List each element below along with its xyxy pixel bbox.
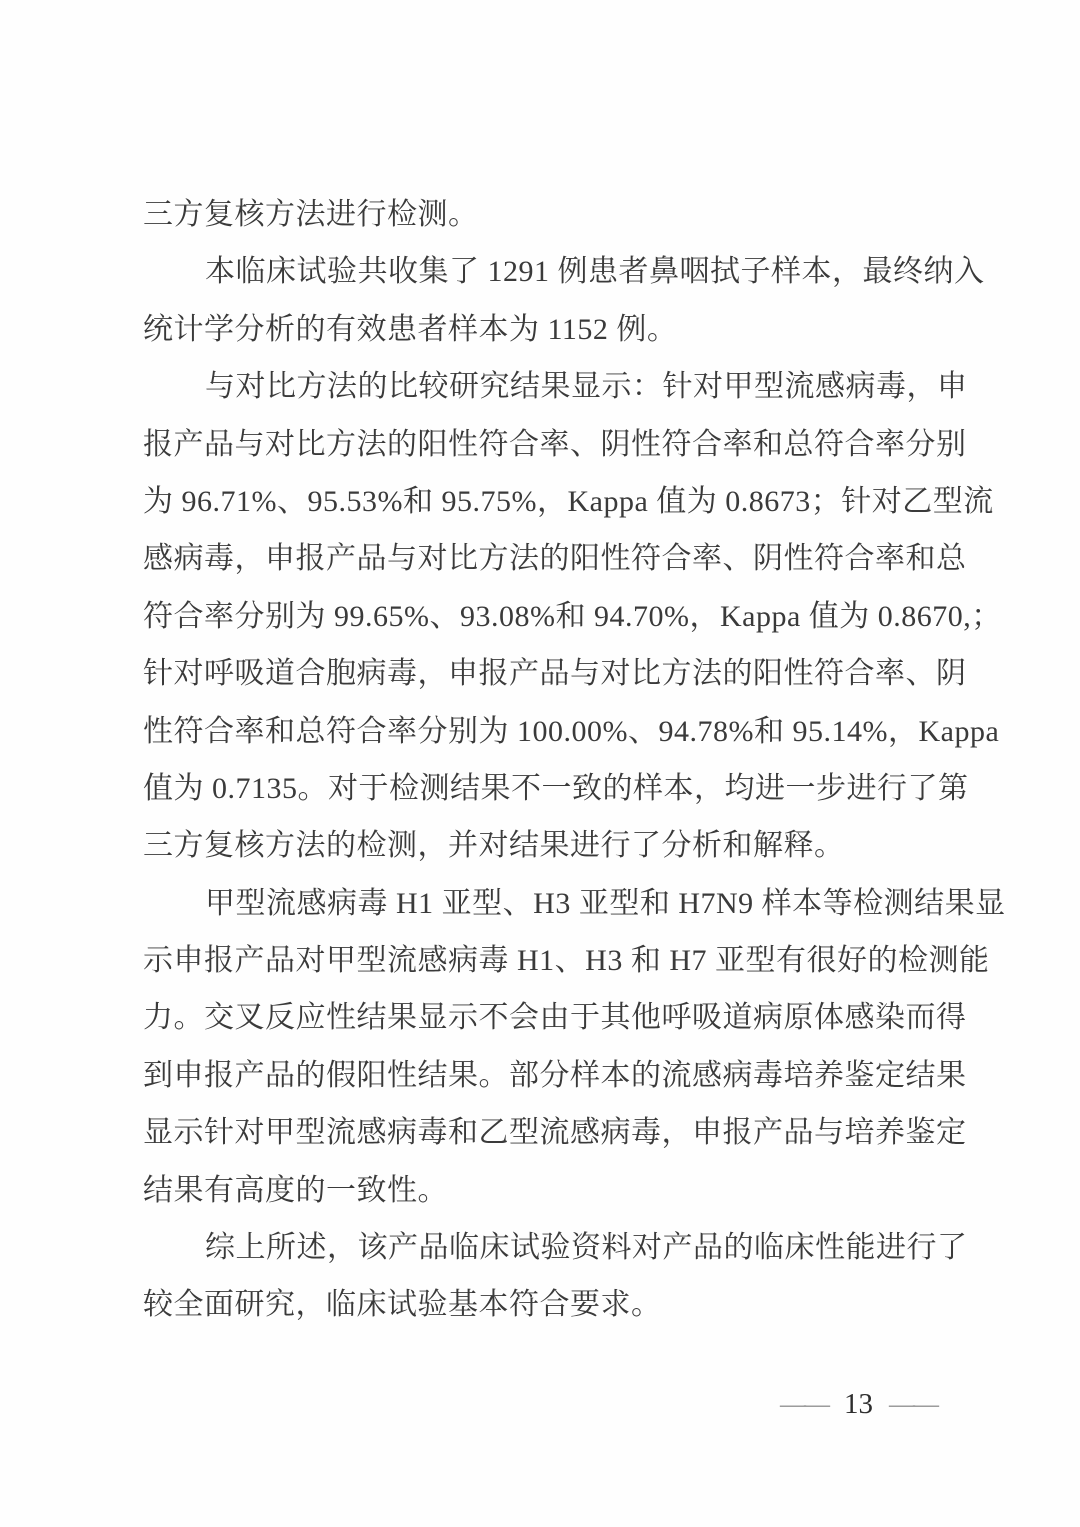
text-line: 示申报产品对甲型流感病毒 H1、H3 和 H7 亚型有很好的检测能: [143, 932, 937, 989]
text-line: 显示针对甲型流感病毒和乙型流感病毒，申报产品与培养鉴定: [143, 1104, 937, 1161]
text-line: 结果有高度的一致性。: [143, 1162, 937, 1219]
body-text: 三方复核方法进行检测。 本临床试验共收集了 1291 例患者鼻咽拭子样本，最终纳…: [143, 186, 937, 1334]
text-line: 到申报产品的假阳性结果。部分样本的流感病毒培养鉴定结果: [143, 1047, 937, 1104]
text-line: 性符合率和总符合率分别为 100.00%、94.78%和 95.14%，Kapp…: [143, 703, 937, 760]
text-line: 值为 0.7135。对于检测结果不一致的样本，均进一步进行了第: [143, 760, 937, 817]
page-number-dash-left: ——: [780, 1396, 828, 1414]
text-line: 本临床试验共收集了 1291 例患者鼻咽拭子样本，最终纳入: [143, 243, 937, 300]
page-number: 13: [844, 1388, 873, 1421]
text-line: 报产品与对比方法的阳性符合率、阴性符合率和总符合率分别: [143, 416, 937, 473]
document-page: 三方复核方法进行检测。 本临床试验共收集了 1291 例患者鼻咽拭子样本，最终纳…: [0, 0, 1080, 1527]
text-line: 为 96.71%、95.53%和 95.75%，Kappa 值为 0.8673；…: [143, 473, 937, 530]
page-number-dash-right: ——: [889, 1396, 937, 1414]
text-line: 三方复核方法进行检测。: [143, 186, 937, 243]
text-line: 符合率分别为 99.65%、93.08%和 94.70%，Kappa 值为 0.…: [143, 588, 937, 645]
text-line: 力。交叉反应性结果显示不会由于其他呼吸道病原体感染而得: [143, 989, 937, 1046]
text-line: 较全面研究，临床试验基本符合要求。: [143, 1276, 937, 1333]
page-footer: —— 13 ——: [780, 1388, 937, 1421]
text-line: 统计学分析的有效患者样本为 1152 例。: [143, 301, 937, 358]
text-line: 与对比方法的比较研究结果显示：针对甲型流感病毒，申: [143, 358, 937, 415]
text-line: 综上所述，该产品临床试验资料对产品的临床性能进行了: [143, 1219, 937, 1276]
text-line: 感病毒，申报产品与对比方法的阳性符合率、阴性符合率和总: [143, 530, 937, 587]
text-line: 针对呼吸道合胞病毒，申报产品与对比方法的阳性符合率、阴: [143, 645, 937, 702]
text-line: 三方复核方法的检测，并对结果进行了分析和解释。: [143, 817, 937, 874]
text-line: 甲型流感病毒 H1 亚型、H3 亚型和 H7N9 样本等检测结果显: [143, 875, 937, 932]
